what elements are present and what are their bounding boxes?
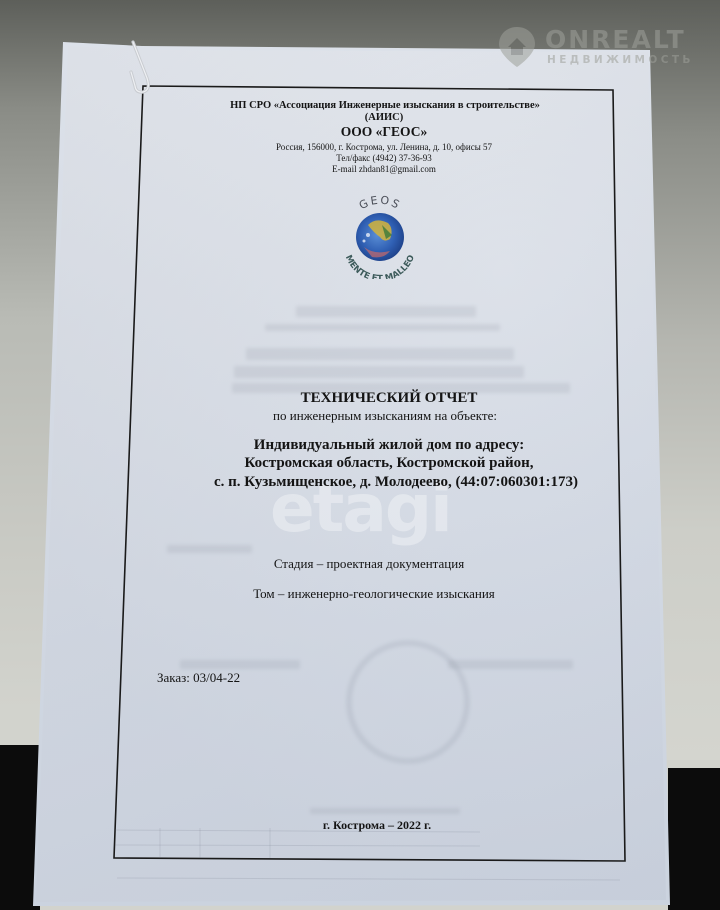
svg-text:GEOS: GEOS [357, 193, 403, 212]
object-line-2: Костромская область, Костромской район, [244, 455, 533, 472]
order-number: Заказ: 03/04-22 [157, 670, 240, 686]
report-title: ТЕХНИЧЕСКИЙ ОТЧЕТ [301, 390, 478, 407]
logo-top-text: GEOS [357, 193, 403, 212]
company-address: Россия, 156000, г. Кострома, ул. Ленина,… [276, 142, 492, 152]
report-volume: Том – инженерно-геологические изыскания [253, 586, 495, 602]
document-content: НП СРО «Ассоциация Инженерные изыскания … [0, 0, 720, 910]
globe-logo-icon: GEOS MENTE ET MALLEO [334, 189, 426, 279]
report-subtitle: по инженерным изысканиям на объекте: [273, 408, 497, 424]
project-stage: Стадия – проектная документация [274, 556, 464, 572]
object-line-1: Индивидуальный жилой дом по адресу: [254, 437, 524, 454]
footer-city-year: г. Кострома – 2022 г. [323, 818, 431, 833]
association-abbr: (АИИС) [365, 112, 404, 123]
company-name: ООО «ГЕОС» [341, 124, 427, 140]
object-line-3: с. п. Кузьмищенское, д. Молодеево, (44:0… [214, 474, 578, 491]
company-email: E-mail zhdan81@gmail.com [332, 164, 436, 174]
company-phone: Тел/факс (4942) 37-36-93 [336, 153, 432, 163]
association-name: НП СРО «Ассоциация Инженерные изыскания … [230, 100, 540, 111]
